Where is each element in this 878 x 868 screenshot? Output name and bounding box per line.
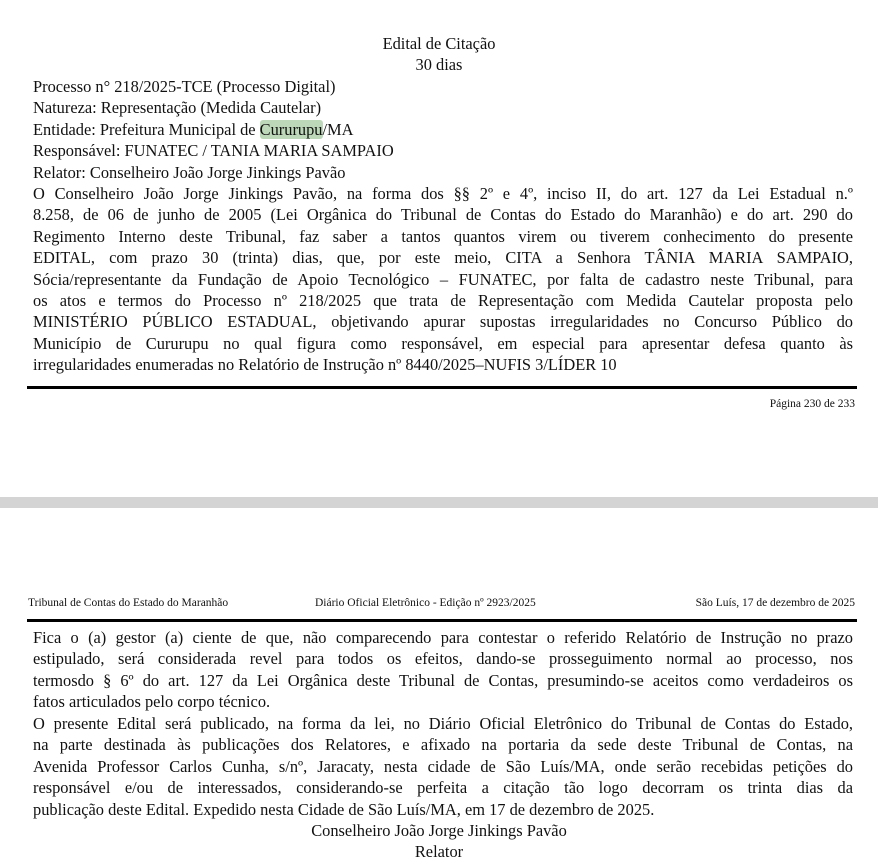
signature-name: Conselheiro João Jorge Jinkings Pavão: [0, 820, 878, 841]
signature-block: Conselheiro João Jorge Jinkings Pavão Re…: [0, 820, 878, 863]
document-subtitle: 30 dias: [0, 54, 878, 75]
body-line: 8.258, de 06 de junho de 2005 (Lei Orgân…: [33, 204, 853, 225]
field-natureza: Natureza: Representação (Medida Cautelar…: [33, 97, 853, 118]
body-line: fatos articulados pelo corpo técnico.: [33, 691, 853, 712]
header-institution: Tribunal de Contas do Estado do Maranhão: [28, 596, 228, 610]
header-rule: [27, 619, 857, 622]
body-line: estipulado, será considerada revel para …: [33, 648, 853, 669]
body-line: publicação deste Edital. Expedido nesta …: [33, 799, 853, 820]
edital-heading: Edital de Citação 30 dias: [0, 33, 878, 76]
body-line: responsável e/ou de interessados, consid…: [33, 777, 853, 798]
body-line: na parte destinada às publicações dos Re…: [33, 734, 853, 755]
body-line: Município de Cururupu no qual figura com…: [33, 333, 853, 354]
page-separator: [0, 497, 878, 508]
body-line: Regimento Interno deste Tribunal, faz sa…: [33, 226, 853, 247]
header-edition: Diário Oficial Eletrônico - Edição nº 29…: [315, 596, 536, 610]
body-paragraph: O Conselheiro João Jorge Jinkings Pavão,…: [33, 183, 853, 376]
body-line: O Conselheiro João Jorge Jinkings Pavão,…: [33, 183, 853, 204]
body-line: MINISTÉRIO PÚBLICO ESTADUAL, objetivando…: [33, 311, 853, 332]
body-line: irregularidades enumeradas no Relatório …: [33, 354, 853, 375]
body-line: Sócia/representante da Fundação de Apoio…: [33, 269, 853, 290]
body-line: Fica o (a) gestor (a) ciente de que, não…: [33, 627, 853, 648]
continuation-paragraph-2: O presente Edital será publicado, na for…: [33, 713, 853, 820]
search-highlight: Cururupu: [260, 120, 323, 139]
field-processo: Processo n° 218/2025-TCE (Processo Digit…: [33, 76, 853, 97]
document-page-230: Edital de Citação 30 dias Processo n° 21…: [0, 0, 878, 497]
page-number: Página 230 de 233: [770, 397, 855, 411]
field-entidade: Entidade: Prefeitura Municipal de Cururu…: [33, 119, 853, 140]
entidade-prefix: Entidade: Prefeitura Municipal de: [33, 120, 260, 139]
body-line: termosdo § 6º do art. 127 da Lei Orgânic…: [33, 670, 853, 691]
body-line: Avenida Professor Carlos Cunha, s/nº, Ja…: [33, 756, 853, 777]
continuation-paragraph-1: Fica o (a) gestor (a) ciente de que, não…: [33, 627, 853, 713]
body-line: O presente Edital será publicado, na for…: [33, 713, 853, 734]
footer-rule: [27, 386, 857, 389]
field-relator: Relator: Conselheiro João Jorge Jinkings…: [33, 162, 853, 183]
field-responsavel: Responsável: FUNATEC / TANIA MARIA SAMPA…: [33, 140, 853, 161]
header-date: São Luís, 17 de dezembro de 2025: [696, 596, 855, 610]
document-fields: Processo n° 218/2025-TCE (Processo Digit…: [33, 76, 853, 183]
document-title: Edital de Citação: [0, 33, 878, 54]
body-line: os atos e termos do Processo nº 218/2025…: [33, 290, 853, 311]
body-line: EDITAL, com prazo 30 (trinta) dias, que,…: [33, 247, 853, 268]
signature-role: Relator: [0, 841, 878, 862]
entidade-suffix: /MA: [323, 120, 354, 139]
